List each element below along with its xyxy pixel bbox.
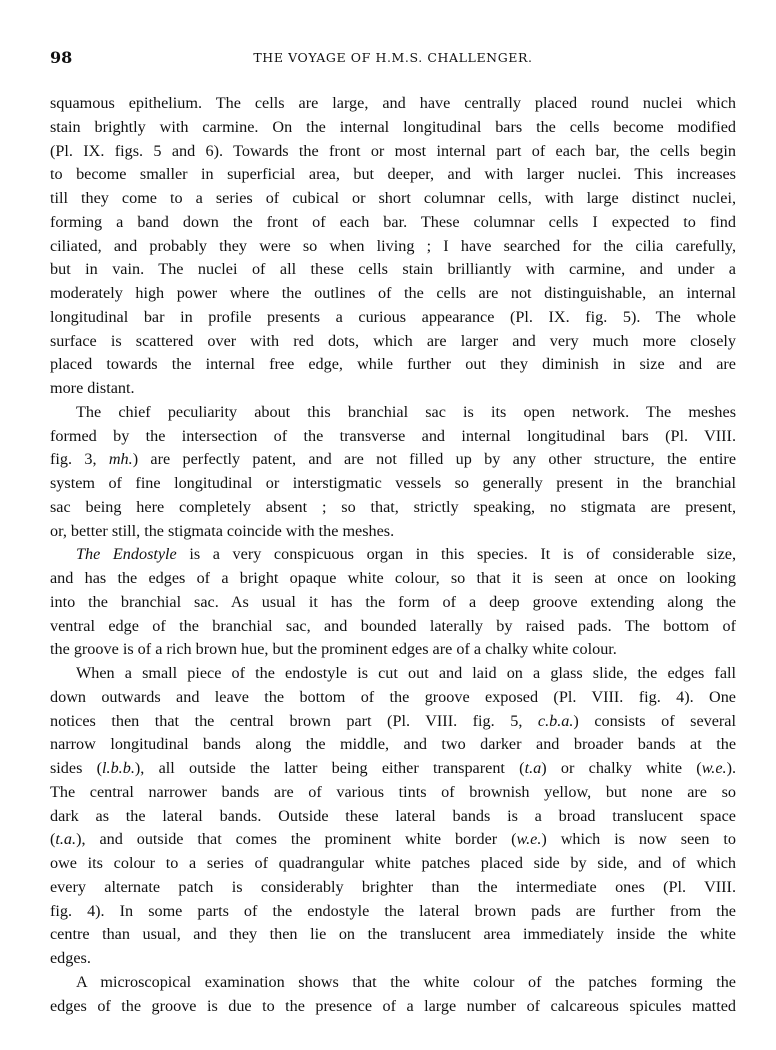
page-header: 98 THE VOYAGE OF H.M.S. CHALLENGER. (50, 48, 736, 68)
text-line: to become smaller in superficial area, b… (50, 163, 736, 187)
text-line: system of fine longitudinal or interstig… (50, 472, 736, 496)
paragraph: The Endostyle is a very conspicuous orga… (50, 543, 736, 662)
text-line: The chief peculiarity about this branchi… (50, 401, 736, 425)
paragraph: squamous epithelium. The cells are large… (50, 92, 736, 401)
text-line: stain brightly with carmine. On the inte… (50, 116, 736, 140)
text-line: ciliated, and probably they were so when… (50, 235, 736, 259)
text-line: (Pl. IX. figs. 5 and 6). Towards the fro… (50, 140, 736, 164)
text-line: fig. 4). In some parts of the endostyle … (50, 900, 736, 924)
text-line: dark as the lateral bands. Outside these… (50, 805, 736, 829)
text-line: notices then that the central brown part… (50, 710, 736, 734)
text-line: down outwards and leave the bottom of th… (50, 686, 736, 710)
text-line: The central narrower bands are of variou… (50, 781, 736, 805)
text-line: the groove is of a rich brown hue, but t… (50, 638, 736, 662)
paragraph: The chief peculiarity about this branchi… (50, 401, 736, 544)
text-line: The Endostyle is a very conspicuous orga… (50, 543, 736, 567)
text-line: narrow longitudinal bands along the midd… (50, 733, 736, 757)
text-line: sac being here completely absent ; so th… (50, 496, 736, 520)
text-line: surface is scattered over with red dots,… (50, 330, 736, 354)
text-line: moderately high power where the outlines… (50, 282, 736, 306)
text-line: A microscopical examination shows that t… (50, 971, 736, 995)
text-line: edges. (50, 947, 736, 971)
text-line: owe its colour to a series of quadrangul… (50, 852, 736, 876)
text-line: forming a band down the front of each ba… (50, 211, 736, 235)
text-line: ventral edge of the branchial sac, and b… (50, 615, 736, 639)
text-line: When a small piece of the endostyle is c… (50, 662, 736, 686)
text-line: or, better still, the stigmata coincide … (50, 520, 736, 544)
text-line: every alternate patch is considerably br… (50, 876, 736, 900)
paragraph: When a small piece of the endostyle is c… (50, 662, 736, 971)
text-line: into the branchial sac. As usual it has … (50, 591, 736, 615)
text-line: (t.a.), and outside that comes the promi… (50, 828, 736, 852)
text-line: centre than usual, and they then lie on … (50, 923, 736, 947)
body-text: squamous epithelium. The cells are large… (50, 92, 736, 1018)
text-line: formed by the intersection of the transv… (50, 425, 736, 449)
text-line: fig. 3, mh.) are perfectly patent, and a… (50, 448, 736, 472)
text-line: and has the edges of a bright opaque whi… (50, 567, 736, 591)
text-line: more distant. (50, 377, 736, 401)
running-title: THE VOYAGE OF H.M.S. CHALLENGER. (50, 50, 736, 65)
text-line: squamous epithelium. The cells are large… (50, 92, 736, 116)
paragraph: A microscopical examination shows that t… (50, 971, 736, 1019)
text-line: edges of the groove is due to the presen… (50, 995, 736, 1019)
text-line: sides (l.b.b.), all outside the latter b… (50, 757, 736, 781)
text-line: but in vain. The nuclei of all these cel… (50, 258, 736, 282)
text-line: longitudinal bar in profile presents a c… (50, 306, 736, 330)
text-line: till they come to a series of cubical or… (50, 187, 736, 211)
text-line: placed towards the internal free edge, w… (50, 353, 736, 377)
